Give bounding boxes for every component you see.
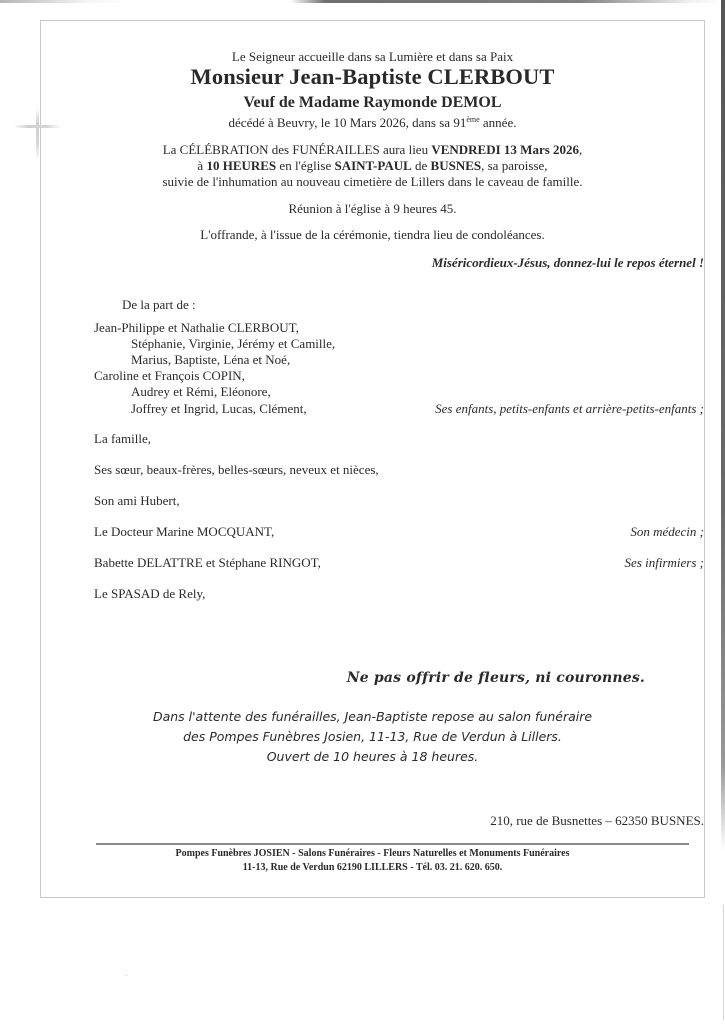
family-member-line: Jean-Philippe et Nathalie CLERBOUT, [94,320,299,336]
death-notice-text: décédé à Beuvry, le 10 Mars 2026, dans s… [229,115,467,130]
mourner-line: Son ami Hubert, [94,493,180,509]
death-notice-end: année. [480,115,517,130]
cross-vertical-bar [36,108,39,160]
family-member-line: Audrey et Rémi, Eléonore, [131,384,271,400]
footer-divider [96,843,689,845]
ordinal-suffix: ème [466,115,479,124]
scan-edge-shadow-top [0,0,725,3]
deceased-name: Monsieur Jean-Baptiste CLERBOUT [40,64,705,90]
text: de [412,158,431,173]
punctuation: , [579,142,582,157]
scan-edge-line-right [723,905,724,1020]
viewing-line-1: Dans l'attente des funérailles, Jean-Bap… [40,709,705,724]
prayer: Miséricordieux-Jésus, donnez-lui le repo… [432,255,704,271]
mourner-line: Le Docteur Marine MOCQUANT, [94,524,274,540]
mourner-line: Le SPASAD de Rely, [94,586,205,602]
mourner-line: La famille, [94,431,151,447]
family-member-line: Marius, Baptiste, Léna et Noé, [131,352,290,368]
mourner-role: Ses infirmiers ; [625,555,704,571]
ceremony-line-2: à 10 HEURES en l'église SAINT-PAUL de BU… [40,158,705,174]
from-label: De la part de : [122,297,196,313]
text: en l'église [276,158,334,173]
text: , sa paroisse, [481,158,547,173]
no-flowers-note: Ne pas offrir de fleurs, ni couronnes. [347,670,645,686]
viewing-line-2: des Pompes Funèbres Josien, 11-13, Rue d… [40,729,705,744]
ceremony-time: 10 HEURES [206,158,276,173]
gathering-time: Réunion à l'église à 9 heures 45. [40,201,705,217]
viewing-line-3: Ouvert de 10 heures à 18 heures. [40,749,705,764]
family-member-line: Joffrey et Ingrid, Lucas, Clément, [131,401,307,417]
scan-speck [126,975,127,976]
footer-line-2: 11-13, Rue de Verdun 62190 LILLERS - Tél… [40,862,705,873]
intro-text: Le Seigneur accueille dans sa Lumière et… [40,49,705,65]
church-name: SAINT-PAUL [334,158,411,173]
ceremony-line-1: La CÉLÉBRATION des FUNÉRAILLES aura lieu… [40,142,705,158]
family-member-line: Stéphanie, Virginie, Jérémy et Camille, [131,336,335,352]
town-name: BUSNES [431,158,482,173]
ceremony-intro: La CÉLÉBRATION des FUNÉRAILLES aura lieu [163,142,432,157]
scan-edge-shadow-right [721,0,725,850]
widow-of: Veuf de Madame Raymonde DEMOL [40,94,705,112]
offering-note: L'offrande, à l'issue de la cérémonie, t… [40,227,705,243]
footer-line-1: Pompes Funèbres JOSIEN - Salons Funérair… [40,848,705,859]
ceremony-date: VENDREDI 13 Mars 2026 [431,142,579,157]
mourner-role: Son médecin ; [630,524,704,540]
ceremony-line-3: suivie de l'inhumation au nouveau cimeti… [40,174,705,190]
death-notice: décédé à Beuvry, le 10 Mars 2026, dans s… [40,115,705,131]
mourner-line: Babette DELATTRE et Stéphane RINGOT, [94,555,321,571]
family-address: 210, rue de Busnettes – 62350 BUSNES. [490,813,704,829]
children-role: Ses enfants, petits-enfants et arrière-p… [435,401,704,417]
mourner-line: Ses sœur, beaux-frères, belles-sœurs, ne… [94,462,379,478]
family-member-line: Caroline et François COPIN, [94,368,245,384]
